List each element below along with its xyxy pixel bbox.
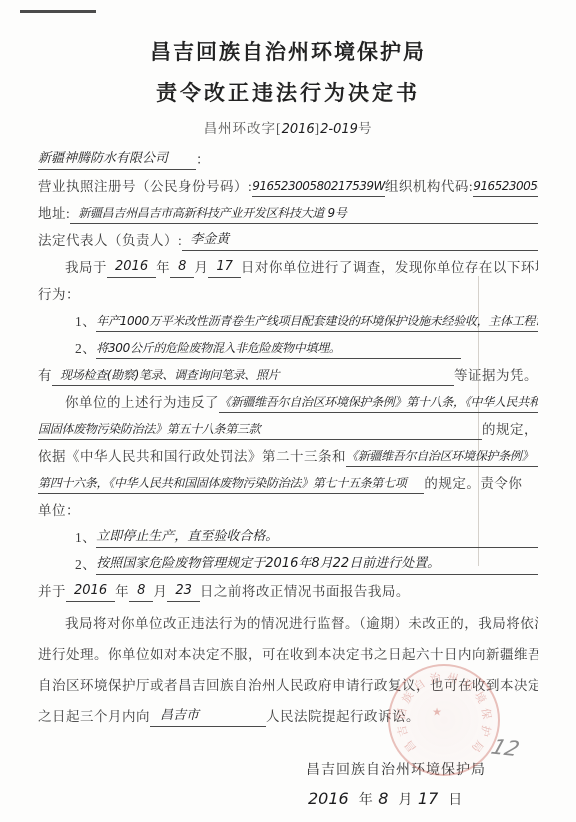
investigation-month-unit: 月 <box>194 258 208 278</box>
legal-basis-line1: 依据《中华人民共和国行政处罚法》第二十三条和 《新疆维吾尔自治区环境保护条例》 <box>38 447 538 467</box>
violated-law-line2: 国固体废物污染防治法》第五十八条第三款 的规定， <box>38 420 538 440</box>
license-value-handwritten: 91652300580217539W <box>252 177 385 197</box>
scan-artifact-line <box>20 10 96 13</box>
signature-day-handwritten: 17 <box>416 789 448 808</box>
investigation-year-handwritten: 2016 <box>107 258 156 278</box>
order-1-underline-blank <box>278 547 538 548</box>
violation-item-2: 2、 将300公斤的危险废物混入非危险废物中填埋。 <box>38 339 538 359</box>
report-pre: 并于 <box>38 582 66 602</box>
violation-1-text-handwritten: 年产1000万平米改性沥青卷生产线项目配套建设的环境保护设施未经验收，主体工程试… <box>96 312 538 332</box>
report-deadline-line: 并于 2016 年 8 月 23 日之前将改正情况书面报告我局。 <box>38 582 538 602</box>
investigation-line2: 行为： <box>38 285 538 305</box>
seal-ring-char: 局 <box>467 736 487 756</box>
signature-month-handwritten: 8 <box>376 789 398 808</box>
license-line: 营业执照注册号（公民身份号码）: 91652300580217539W 组织机构… <box>38 177 538 197</box>
evidence-value-handwritten: 现场检查(勘察)笔录、调查询问笔录、照片 <box>52 366 287 386</box>
violated-law-pre: 你单位的上述行为违反了 <box>65 393 219 413</box>
address-value-handwritten: 新疆昌吉州昌吉市高新科技产业开发区科技大道 9号 <box>70 204 538 224</box>
signature-day-unit: 日 <box>448 793 462 808</box>
recipient-colon: ： <box>196 150 210 170</box>
seal-ring-char: 治 <box>427 671 444 688</box>
supervision-line1: 我局将对你单位改正违法行为的情况进行监督。（逾期）未改正的，我局将依法 <box>38 614 538 634</box>
supervision-text-1: 我局将对你单位改正违法行为的情况进行监督。（逾期）未改正的，我局将依法 <box>65 614 538 634</box>
address-label: 地址: <box>38 204 70 224</box>
violated-law-handwritten-2: 国固体废物污染防治法》第五十八条第三款 <box>38 420 260 440</box>
order-2-text-handwritten: 按照国家危险废物管理规定于2016年8月22日前进行处置。 <box>96 555 440 575</box>
order-1-text-handwritten: 立即停止生产，直至验收合格。 <box>96 528 278 548</box>
order-2-no: 2、 <box>75 555 96 575</box>
supervision-text-2: 进行处理。你单位如对本决定不服，可在收到本决定书之日起六十日内向新疆维吾尔 <box>38 645 538 665</box>
seal-ring-char: 境 <box>470 688 489 707</box>
legal-basis-handwritten-1: 《新疆维吾尔自治区环境保护条例》 <box>346 447 538 467</box>
legal-basis-line2: 第四十六条，《中华人民共和国固体废物污染防治法》第七十五条第七项 的规定。责令你 <box>38 474 538 494</box>
investigation-month-handwritten: 8 <box>170 258 194 278</box>
signature-date: 2016年 8月 17日 <box>306 789 538 813</box>
legal-rep-label: 法定代表人（负责人）: <box>38 231 182 251</box>
investigation-day-unit: 日 <box>241 258 255 278</box>
investigation-pre: 我局于 <box>65 258 107 278</box>
org-code-label: 组织机构代码: <box>385 177 473 197</box>
report-month-unit: 月 <box>153 582 167 602</box>
docno-serial-handwritten: 2-019 <box>320 122 358 137</box>
violation-item-1: 1、 年产1000万平米改性沥青卷生产线项目配套建设的环境保护设施未经验收，主体… <box>38 312 538 332</box>
supervision-text-4-pre: 之日起三个月内向 <box>38 707 150 727</box>
investigation-post2: 行为： <box>38 285 80 305</box>
violated-law-line1: 你单位的上述行为违反了 《新疆维吾尔自治区环境保护条例》第十八条，《中华人民共和 <box>38 393 538 413</box>
seal-ring-char: 州 <box>444 671 461 688</box>
signature-year-unit: 年 <box>359 793 373 808</box>
seal-ring-char: 保 <box>478 706 494 722</box>
legal-basis-handwritten-2: 第四十六条，《中华人民共和国固体废物污染防治法》第七十五条第七项 <box>38 474 406 494</box>
legal-basis-post: 的规定。责令你 <box>424 474 522 494</box>
evidence-pre: 有 <box>38 366 52 386</box>
recipient-company-handwritten: 新疆神腾防水有限公司 <box>38 150 196 170</box>
violation-1-no: 1、 <box>75 312 96 332</box>
legal-basis-underline-blank <box>406 493 424 494</box>
report-month-handwritten: 8 <box>129 582 153 602</box>
legal-basis-post2: 单位： <box>38 501 80 521</box>
issuing-org-title: 昌吉回族自治州环境保护局 <box>38 36 538 66</box>
violated-law-underline-blank <box>260 439 482 440</box>
org-code-value-handwritten: 91652300580217539W <box>473 177 538 197</box>
signature-month-unit: 月 <box>398 793 412 808</box>
order-item-1: 1、 立即停止生产，直至验收合格。 <box>38 528 538 548</box>
report-year-handwritten: 2016 <box>66 582 115 602</box>
report-day-handwritten: 23 <box>167 582 200 602</box>
violation-2-no: 2、 <box>75 339 96 359</box>
order-1-no: 1、 <box>75 528 96 548</box>
document-page: 昌吉回族自治州环境保护局 责令改正违法行为决定书 昌州环改字[2016]2-01… <box>0 0 576 822</box>
legal-basis-line3: 单位： <box>38 501 538 521</box>
license-label: 营业执照注册号（公民身份号码）: <box>38 177 252 197</box>
address-line: 地址: 新疆昌吉州昌吉市高新科技产业开发区科技大道 9号 <box>38 204 538 224</box>
signature-year-handwritten: 2016 <box>306 789 359 808</box>
report-year-unit: 年 <box>115 582 129 602</box>
docno-prefix: 昌州环改字[ <box>204 121 282 136</box>
investigation-post: 对你单位进行了调查，发现你单位存在以下环境违法 <box>255 258 538 278</box>
investigation-line1: 我局于 2016 年 8 月 17 日 对你单位进行了调查，发现你单位存在以下环… <box>38 258 538 278</box>
order-item-2: 2、 按照国家危险废物管理规定于2016年8月22日前进行处置。 <box>38 555 538 575</box>
recipient-line: 新疆神腾防水有限公司 ： <box>38 150 538 170</box>
document-number: 昌州环改字[2016]2-019号 <box>38 117 538 137</box>
legal-rep-value-handwritten: 李金黄 <box>182 231 538 251</box>
supervision-line2: 进行处理。你单位如对本决定不服，可在收到本决定书之日起六十日内向新疆维吾尔 <box>38 645 538 665</box>
official-seal: ★ 昌吉回族自治州环境保护局 <box>388 664 500 776</box>
violation-2-text-handwritten: 将300公斤的危险废物混入非危险废物中填埋。 <box>96 339 340 359</box>
court-name-handwritten: 昌吉市 <box>150 707 266 727</box>
legal-rep-line: 法定代表人（负责人）: 李金黄 <box>38 231 538 251</box>
seal-star-icon: ★ <box>430 705 444 719</box>
docno-suffix: 号 <box>358 121 373 136</box>
investigation-day-handwritten: 17 <box>208 258 241 278</box>
violated-law-handwritten-1: 《新疆维吾尔自治区环境保护条例》第十八条，《中华人民共和 <box>219 393 538 413</box>
violated-law-post: 的规定， <box>482 420 538 440</box>
document-title: 责令改正违法行为决定书 <box>38 77 538 107</box>
order-2-underline-blank <box>440 574 538 575</box>
legal-basis-pre: 依据《中华人民共和国行政处罚法》第二十三条和 <box>38 447 346 467</box>
docno-year-handwritten: 2016 <box>282 122 315 137</box>
seal-ring-char: 昌 <box>401 736 421 756</box>
seal-ring-char: 回 <box>395 706 411 722</box>
investigation-year-unit: 年 <box>156 258 170 278</box>
seal-ring-char: 护 <box>476 722 493 739</box>
report-post: 日之前将改正情况书面报告我局。 <box>200 582 410 602</box>
violation-2-underline-blank <box>341 358 461 359</box>
evidence-line: 有 现场检查(勘察)笔录、调查询问笔录、照片 等证据为凭。 <box>38 366 538 386</box>
evidence-post: 等证据为凭。 <box>454 366 538 386</box>
evidence-underline-blank <box>287 385 454 386</box>
